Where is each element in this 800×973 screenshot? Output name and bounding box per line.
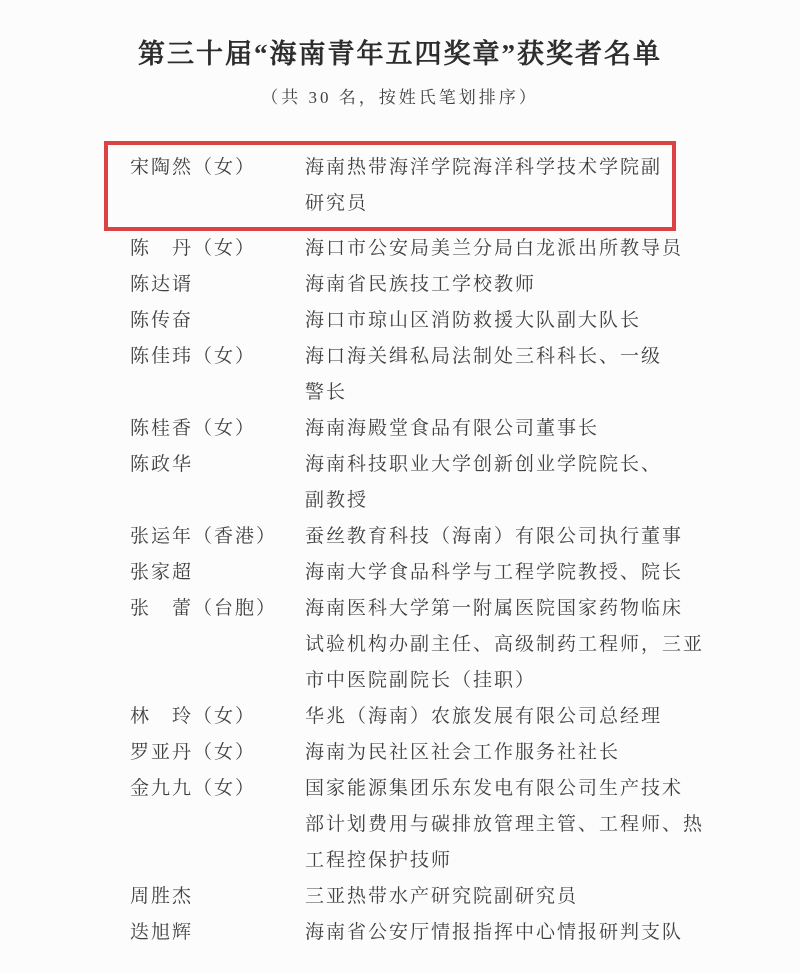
position-line: 蚕丝教育科技（海南）有限公司执行董事	[305, 519, 683, 555]
position-line: 海南科技职业大学创新创业学院院长、	[305, 447, 662, 483]
awardee-position: 海南省公安厅情报指挥中心情报研判支队	[305, 915, 683, 951]
awardee-name: 迭旭辉	[130, 915, 305, 951]
position-line: 海南大学食品科学与工程学院教授、院长	[305, 555, 683, 591]
awardee-name: 金九九（女）	[130, 771, 305, 879]
awardee-position: 华兆（海南）农旅发展有限公司总经理	[305, 699, 662, 735]
awardee-position: 海南为民社区社会工作服务社社长	[305, 735, 620, 771]
awardee-position: 海口市琼山区消防救援大队副大队长	[305, 303, 641, 339]
position-line: 海南海殿堂食品有限公司董事长	[305, 411, 599, 447]
position-line: 海南热带海洋学院海洋科学技术学院副	[305, 150, 662, 186]
awardee-name: 陈政华	[130, 447, 305, 519]
award-row: 宋陶然（女） 海南热带海洋学院海洋科学技术学院副 研究员	[108, 150, 672, 222]
award-row: 陈达谞 海南省民族技工学校教师	[0, 267, 800, 303]
award-row: 张 蕾（台胞） 海南医科大学第一附属医院国家药物临床 试验机构办副主任、高级制药…	[0, 591, 800, 699]
awardee-name: 陈达谞	[130, 267, 305, 303]
awardee-position: 海南省民族技工学校教师	[305, 267, 536, 303]
award-row: 张家超 海南大学食品科学与工程学院教授、院长	[0, 555, 800, 591]
awardee-position: 海南海殿堂食品有限公司董事长	[305, 411, 599, 447]
highlight-box: 宋陶然（女） 海南热带海洋学院海洋科学技术学院副 研究员	[104, 141, 676, 231]
award-row: 陈佳玮（女） 海口海关缉私局法制处三科科长、一级 警长	[0, 339, 800, 411]
awardee-position: 海口市公安局美兰分局白龙派出所教导员	[305, 231, 683, 267]
awardee-name: 陈佳玮（女）	[130, 339, 305, 411]
position-line: 海口市公安局美兰分局白龙派出所教导员	[305, 231, 683, 267]
award-list: 宋陶然（女） 海南热带海洋学院海洋科学技术学院副 研究员 陈 丹（女） 海口市公…	[0, 141, 800, 951]
position-line: 警长	[305, 375, 662, 411]
awardee-name: 陈 丹（女）	[130, 231, 305, 267]
awardee-name: 张家超	[130, 555, 305, 591]
awardee-position: 蚕丝教育科技（海南）有限公司执行董事	[305, 519, 683, 555]
award-row: 陈 丹（女） 海口市公安局美兰分局白龙派出所教导员	[0, 231, 800, 267]
award-row: 金九九（女） 国家能源集团乐东发电有限公司生产技术 部计划费用与碳排放管理主管、…	[0, 771, 800, 879]
position-line: 试验机构办副主任、高级制药工程师，三亚	[305, 627, 704, 663]
awardee-name: 张 蕾（台胞）	[130, 591, 305, 699]
awardee-position: 国家能源集团乐东发电有限公司生产技术 部计划费用与碳排放管理主管、工程师、热 工…	[305, 771, 704, 879]
award-row: 林 玲（女） 华兆（海南）农旅发展有限公司总经理	[0, 699, 800, 735]
position-line: 市中医院副院长（挂职）	[305, 663, 704, 699]
award-row: 周胜杰 三亚热带水产研究院副研究员	[0, 879, 800, 915]
position-line: 海南医科大学第一附属医院国家药物临床	[305, 591, 704, 627]
awardee-name: 陈桂香（女）	[130, 411, 305, 447]
page-title: 第三十届“海南青年五四奖章”获奖者名单	[0, 0, 800, 74]
position-line: 研究员	[305, 186, 662, 222]
award-row: 迭旭辉 海南省公安厅情报指挥中心情报研判支队	[0, 915, 800, 951]
awardee-position: 海南科技职业大学创新创业学院院长、 副教授	[305, 447, 662, 519]
position-line: 海南省公安厅情报指挥中心情报研判支队	[305, 915, 683, 951]
position-line: 三亚热带水产研究院副研究员	[305, 879, 578, 915]
awardee-name: 张运年（香港）	[130, 519, 305, 555]
position-line: 海口市琼山区消防救援大队副大队长	[305, 303, 641, 339]
position-line: 华兆（海南）农旅发展有限公司总经理	[305, 699, 662, 735]
award-row: 陈传奋 海口市琼山区消防救援大队副大队长	[0, 303, 800, 339]
awardee-name: 罗亚丹（女）	[130, 735, 305, 771]
award-row: 张运年（香港） 蚕丝教育科技（海南）有限公司执行董事	[0, 519, 800, 555]
position-line: 国家能源集团乐东发电有限公司生产技术	[305, 771, 704, 807]
awardee-position: 海南大学食品科学与工程学院教授、院长	[305, 555, 683, 591]
awardee-position: 海口海关缉私局法制处三科科长、一级 警长	[305, 339, 662, 411]
awardee-position: 海南热带海洋学院海洋科学技术学院副 研究员	[305, 150, 662, 222]
awardee-position: 三亚热带水产研究院副研究员	[305, 879, 578, 915]
award-row: 陈桂香（女） 海南海殿堂食品有限公司董事长	[0, 411, 800, 447]
position-line: 海南省民族技工学校教师	[305, 267, 536, 303]
position-line: 部计划费用与碳排放管理主管、工程师、热	[305, 807, 704, 843]
awardee-name: 陈传奋	[130, 303, 305, 339]
page-subtitle: （共 30 名，按姓氏笔划排序）	[0, 86, 800, 110]
position-line: 海南为民社区社会工作服务社社长	[305, 735, 620, 771]
award-row: 罗亚丹（女） 海南为民社区社会工作服务社社长	[0, 735, 800, 771]
awardee-name: 宋陶然（女）	[130, 150, 305, 222]
awardee-name: 林 玲（女）	[130, 699, 305, 735]
document-page: 第三十届“海南青年五四奖章”获奖者名单 （共 30 名，按姓氏笔划排序） 宋陶然…	[0, 0, 800, 973]
position-line: 副教授	[305, 483, 662, 519]
awardee-position: 海南医科大学第一附属医院国家药物临床 试验机构办副主任、高级制药工程师，三亚 市…	[305, 591, 704, 699]
position-line: 工程控保护技师	[305, 843, 704, 879]
award-row: 陈政华 海南科技职业大学创新创业学院院长、 副教授	[0, 447, 800, 519]
position-line: 海口海关缉私局法制处三科科长、一级	[305, 339, 662, 375]
awardee-name: 周胜杰	[130, 879, 305, 915]
